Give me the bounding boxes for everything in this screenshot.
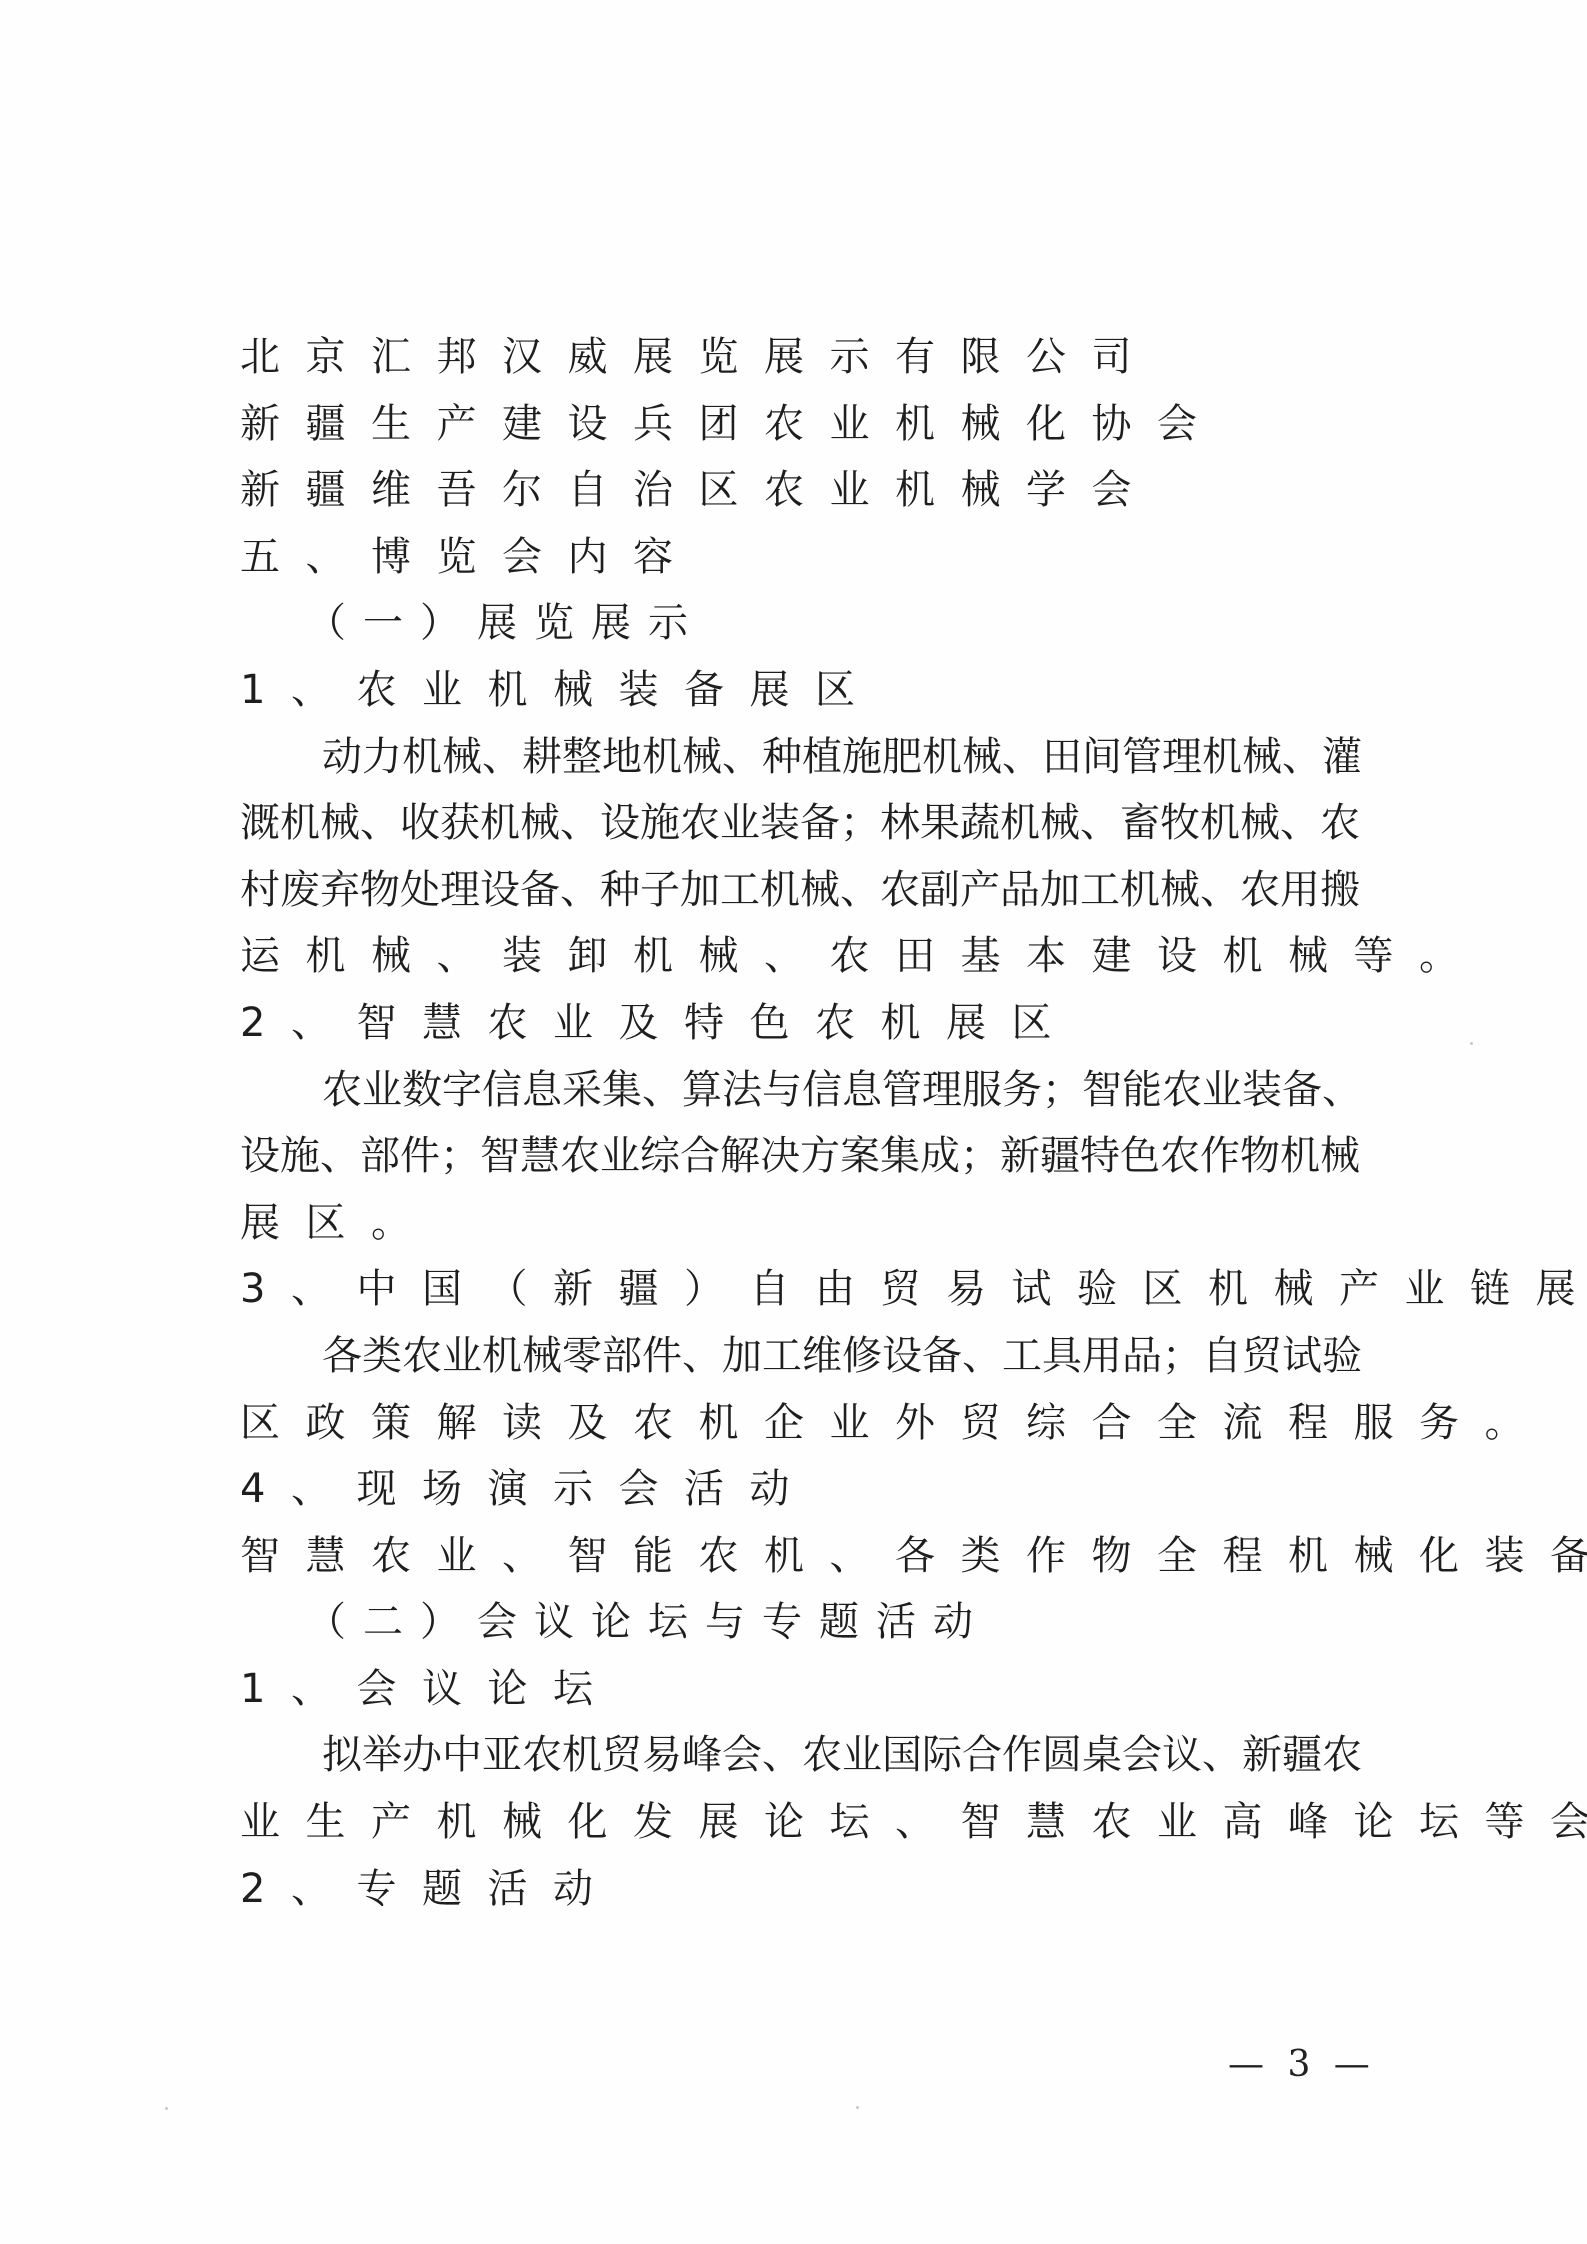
- paragraph-line: 拟举办中亚农机贸易峰会、农业国际合作圆桌会议、新疆农: [240, 1722, 1360, 1789]
- paragraph-line: 设施、部件；智慧农业综合解决方案集成；新疆特色农作物机械: [240, 1123, 1360, 1190]
- organizer-line: 新疆维吾尔自治区农业机械学会: [240, 457, 1360, 524]
- item-title: 3、中国（新疆）自由贸易试验区机械产业链展区: [240, 1256, 1360, 1323]
- paragraph-line: 运机械、装卸机械、农田基本建设机械等。: [240, 923, 1360, 990]
- item-title: 1、农业机械装备展区: [240, 657, 1360, 724]
- paragraph-line: 村废弃物处理设备、种子加工机械、农副产品加工机械、农用搬: [240, 857, 1360, 924]
- subsection-heading: （一）展览展示: [240, 590, 1360, 657]
- paragraph-line: 智慧农业、智能农机、各类作物全程机械化装备演示。: [240, 1523, 1360, 1590]
- scan-speck: [1470, 1042, 1473, 1045]
- paragraph-line: 各类农业机械零部件、加工维修设备、工具用品；自贸试验: [240, 1323, 1360, 1390]
- section-heading: 五、博览会内容: [240, 524, 1360, 591]
- item-title: 2、智慧农业及特色农机展区: [240, 990, 1360, 1057]
- paragraph-line: 动力机械、耕整地机械、种植施肥机械、田间管理机械、灌: [240, 724, 1360, 791]
- page-number: — 3 —: [1228, 2044, 1376, 2085]
- organizer-line: 新疆生产建设兵团农业机械化协会: [240, 391, 1360, 458]
- scan-speck: [856, 2106, 859, 2109]
- item-title: 4、现场演示会活动: [240, 1456, 1360, 1523]
- organizer-line: 北京汇邦汉威展览展示有限公司: [240, 324, 1360, 391]
- paragraph-line: 溉机械、收获机械、设施农业装备；林果蔬机械、畜牧机械、农: [240, 790, 1360, 857]
- document-body: 北京汇邦汉威展览展示有限公司 新疆生产建设兵团农业机械化协会 新疆维吾尔自治区农…: [240, 324, 1360, 1922]
- document-page: 北京汇邦汉威展览展示有限公司 新疆生产建设兵团农业机械化协会 新疆维吾尔自治区农…: [0, 0, 1587, 2244]
- subsection-heading: （二）会议论坛与专题活动: [240, 1589, 1360, 1656]
- item-title: 2、专题活动: [240, 1856, 1360, 1923]
- scan-speck: [165, 2107, 168, 2110]
- item-title: 1、会议论坛: [240, 1656, 1360, 1723]
- paragraph-line: 农业数字信息采集、算法与信息管理服务；智能农业装备、: [240, 1057, 1360, 1124]
- paragraph-line: 业生产机械化发展论坛、智慧农业高峰论坛等会议论坛活动。: [240, 1789, 1360, 1856]
- paragraph-line: 区政策解读及农机企业外贸综合全流程服务。: [240, 1390, 1360, 1457]
- paragraph-line: 展区。: [240, 1190, 1360, 1257]
